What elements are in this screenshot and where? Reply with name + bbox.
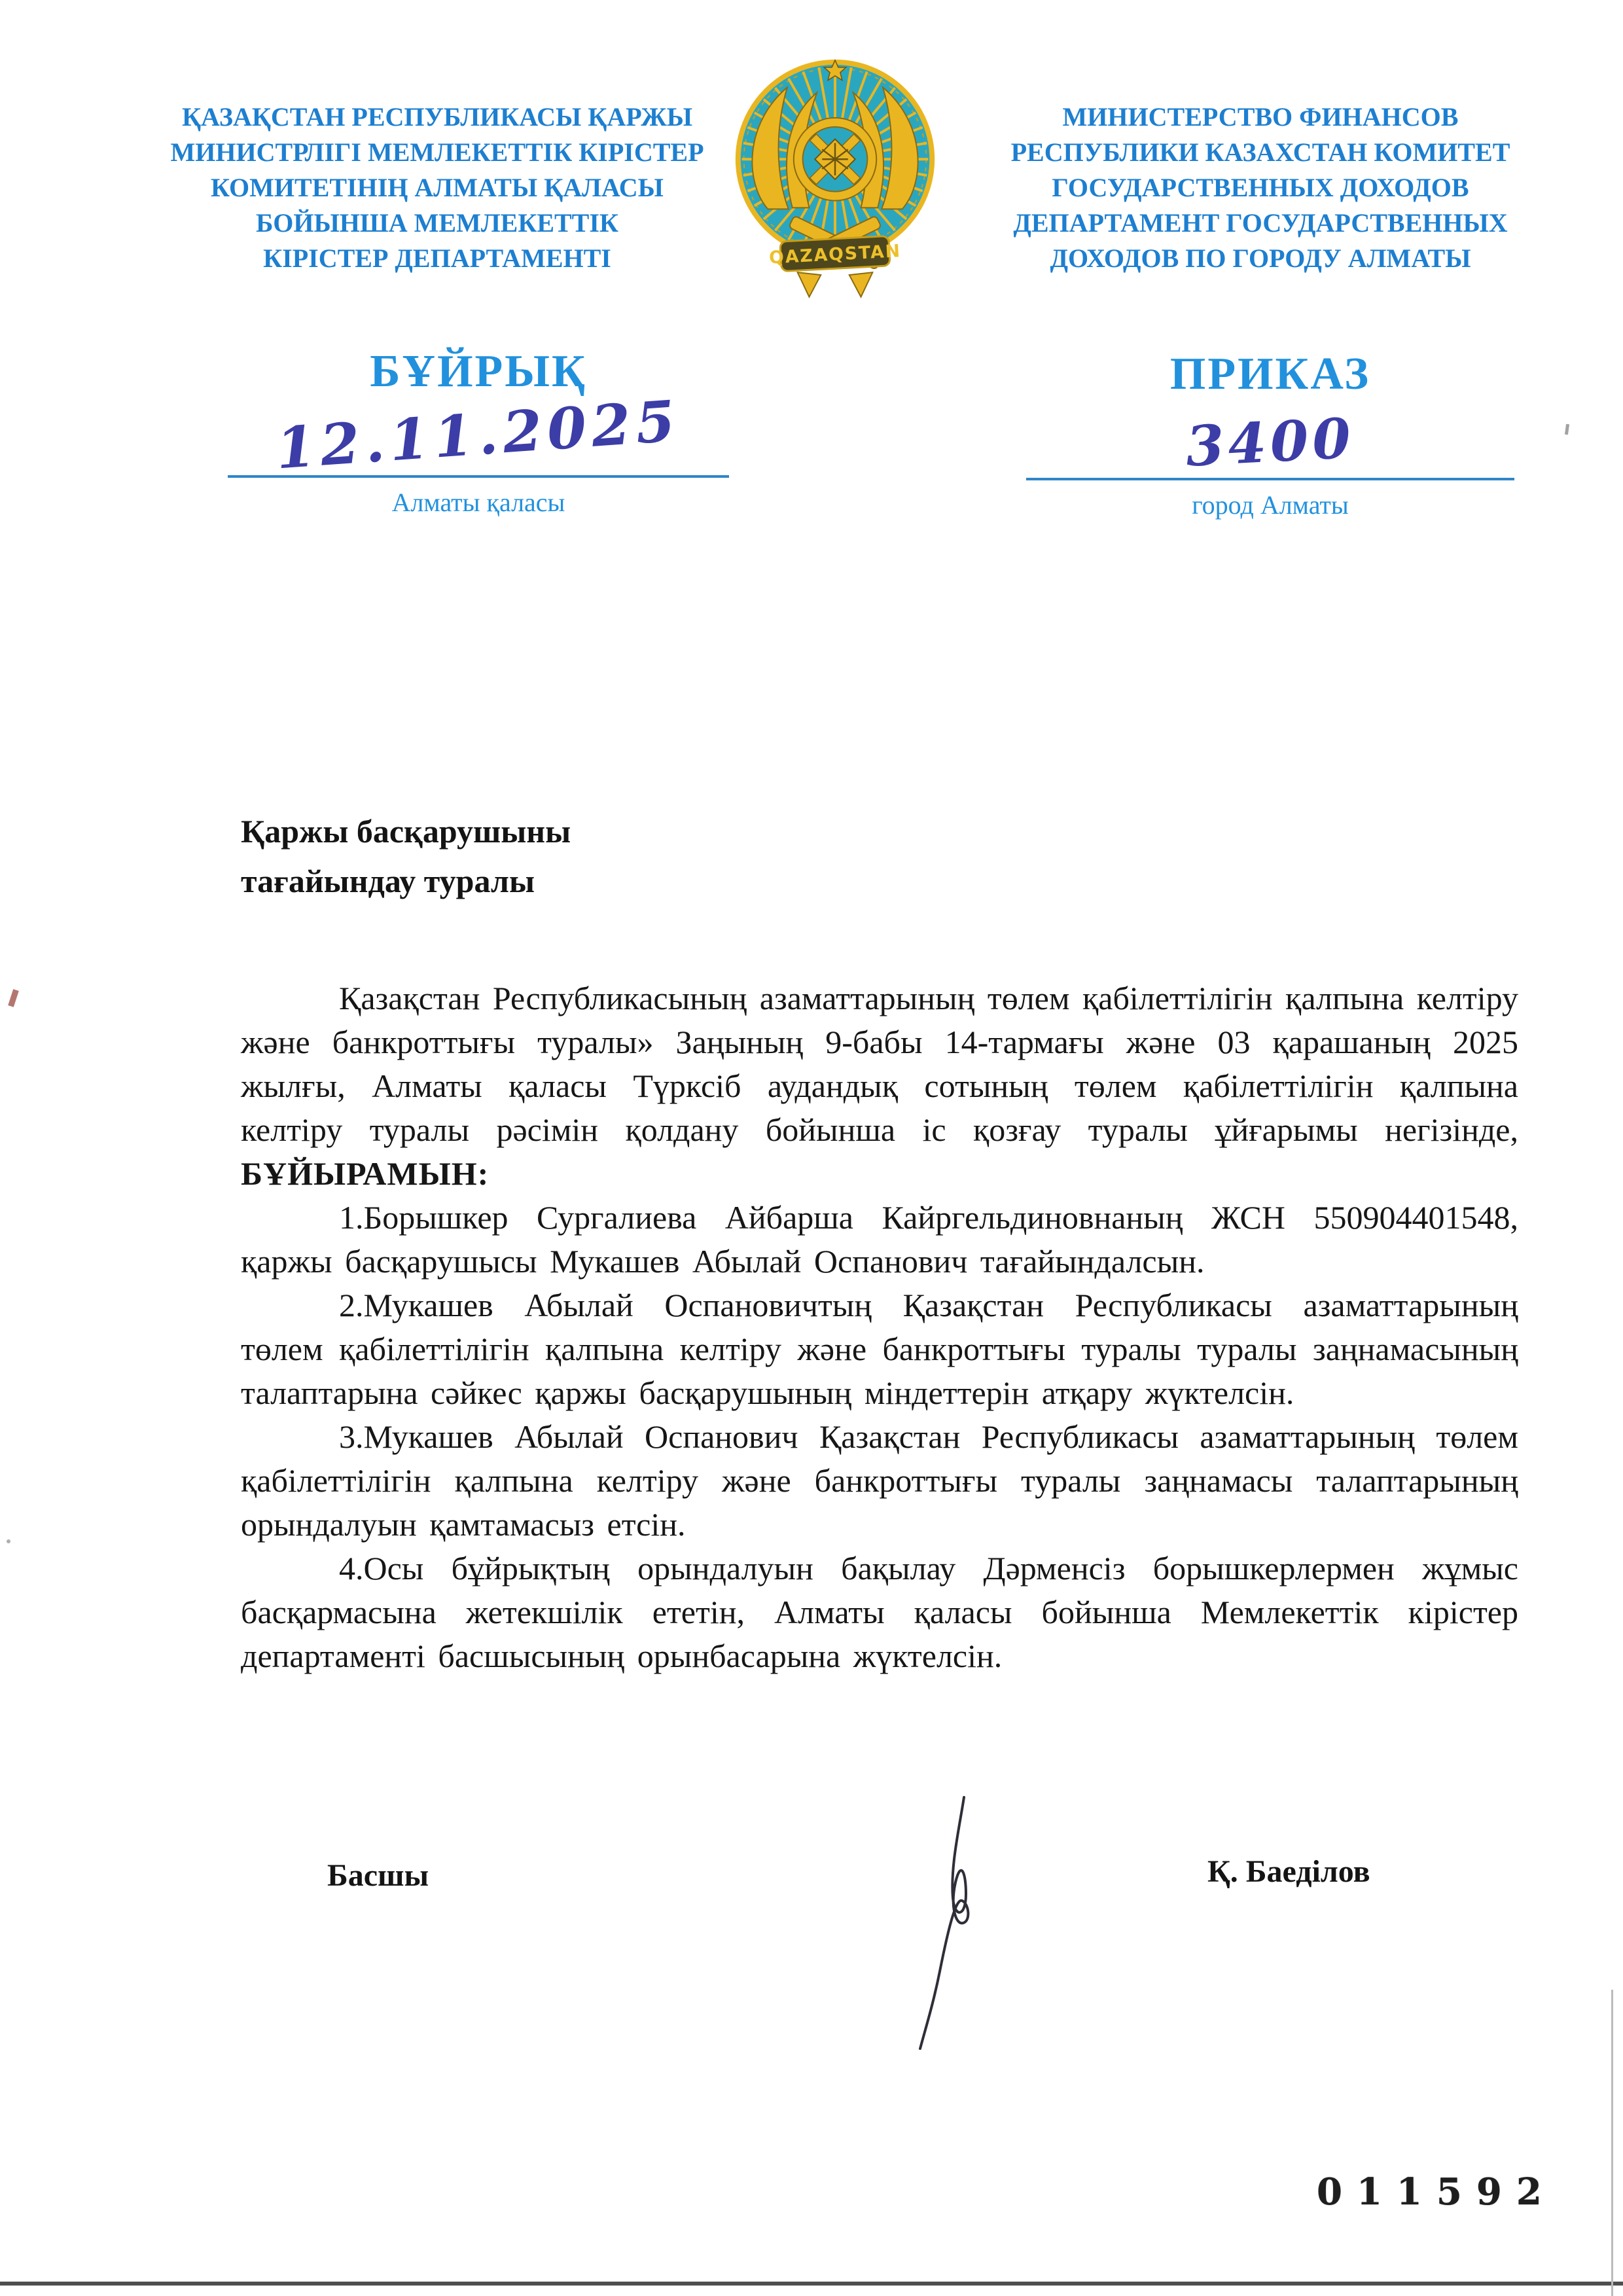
order-item-4: 4.Осы бұйрықтың орындалуын бақылау Дәрме…	[241, 1547, 1518, 1678]
subject-line: Қаржы басқарушыны	[241, 806, 1092, 856]
order-item-1: 1.Борышкер Сургалиева Айбарша Кайргельди…	[241, 1196, 1518, 1283]
subject-line: тағайындау туралы	[241, 856, 1092, 906]
order-body: Қазақстан Республикасының азаматтарының …	[241, 977, 1518, 1678]
order-item-2: 2.Мукашев Абылай Оспановичтың Қазақстан …	[241, 1283, 1518, 1415]
handwritten-signature	[882, 1788, 1052, 2063]
scan-speck	[1565, 424, 1569, 435]
scanned-order-document: ҚАЗАҚСТАН РЕСПУБЛИКАСЫ ҚАРЖЫ МИНИСТРЛІГІ…	[0, 0, 1623, 2296]
signatory-name: Қ. Баеділов	[1207, 1854, 1370, 1890]
header-line: РЕСПУБЛИКИ КАЗАХСТАН КОМИТЕТ	[979, 135, 1542, 170]
header-line: ДЕПАРТАМЕНТ ГОСУДАРСТВЕННЫХ	[979, 206, 1542, 241]
handwritten-order-number: 3400	[1017, 397, 1524, 491]
scan-edge-bottom	[0, 2282, 1623, 2286]
place-label-kazakh: Алматы қаласы	[220, 487, 737, 518]
scan-edge-right	[1611, 1990, 1613, 2296]
order-item-3: 3.Мукашев Абылай Оспанович Қазақстан Рес…	[241, 1415, 1518, 1547]
order-title-russian: ПРИКАЗ	[1018, 348, 1522, 401]
header-line: ДОХОДОВ ПО ГОРОДУ АЛМАТЫ	[979, 241, 1542, 276]
header-line: ҚАЗАҚСТАН РЕСПУБЛИКАСЫ ҚАРЖЫ	[149, 99, 725, 135]
scan-speck	[7, 1539, 10, 1543]
header-line: КОМИТЕТІНІҢ АЛМАТЫ ҚАЛАСЫ	[149, 170, 725, 206]
kazakhstan-state-emblem-icon: QAZAQSTAN	[725, 45, 945, 300]
intro-text: Қазақстан Республикасының азаматтарының …	[241, 980, 1518, 1148]
signatory-position-label: Басшы	[327, 1857, 429, 1893]
directive-word: БҰЙЫРАМЫН:	[241, 1155, 489, 1192]
header-line: КІРІСТЕР ДЕПАРТАМЕНТІ	[149, 241, 725, 276]
scan-speck	[8, 989, 19, 1007]
subject-title: Қаржы басқарушыны тағайындау туралы	[241, 806, 1092, 906]
order-block-kazakh: БҰЙРЫҚ 12.11.2025 Алматы қаласы	[220, 346, 737, 518]
header-line: МИНИСТЕРСТВО ФИНАНСОВ	[979, 99, 1542, 135]
header-line: МИНИСТРЛІГІ МЕМЛЕКЕТТІК КІРІСТЕР	[149, 135, 725, 170]
place-label-russian: город Алматы	[1018, 490, 1522, 520]
header-agency-kazakh: ҚАЗАҚСТАН РЕСПУБЛИКАСЫ ҚАРЖЫ МИНИСТРЛІГІ…	[149, 99, 725, 276]
header-line: БОЙЫНША МЕМЛЕКЕТТІК	[149, 206, 725, 241]
intro-paragraph: Қазақстан Республикасының азаматтарының …	[241, 977, 1518, 1196]
header-agency-russian: МИНИСТЕРСТВО ФИНАНСОВ РЕСПУБЛИКИ КАЗАХСТ…	[979, 99, 1542, 276]
form-number-stamp: 011592	[1317, 2170, 1556, 2214]
header-line: ГОСУДАРСТВЕННЫХ ДОХОДОВ	[979, 170, 1542, 206]
order-block-russian: ПРИКАЗ 3400 город Алматы	[1018, 348, 1522, 520]
